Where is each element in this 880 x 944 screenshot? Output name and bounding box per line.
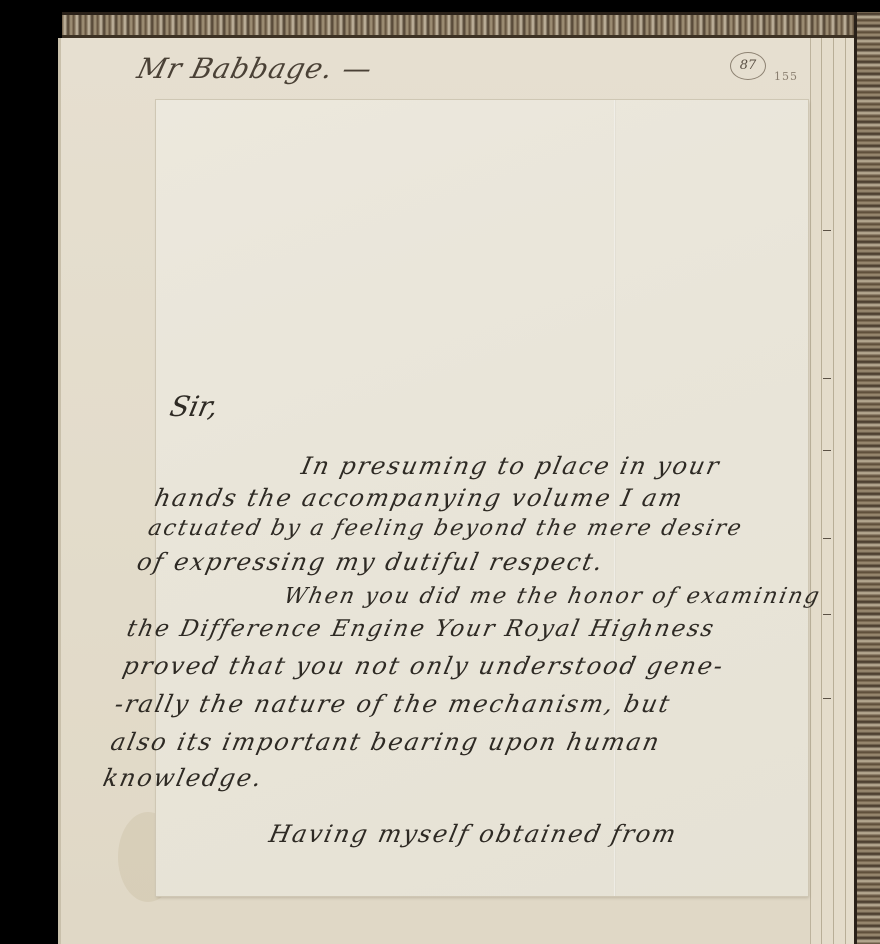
letter-line: the Difference Engine Your Royal Highnes… xyxy=(124,616,717,642)
ornamental-border-right xyxy=(854,12,880,944)
page-edge-mark xyxy=(823,378,831,379)
page-edge-mark xyxy=(823,614,831,615)
letter-line: Having myself obtained from xyxy=(267,820,681,848)
letter-line: When you did me the honor of examining xyxy=(281,584,823,609)
folio-secondary-number: 155 xyxy=(774,70,798,83)
page-edge-line xyxy=(833,38,834,944)
letter-line: -rally the nature of the mechanism, but xyxy=(112,690,673,718)
stacked-page-edges xyxy=(810,38,855,944)
letter-line: of expressing my dutiful respect. xyxy=(134,548,606,576)
letter-salutation: Sir, xyxy=(167,390,221,423)
page-edge-line xyxy=(821,38,822,944)
letter-line: also its important bearing upon human xyxy=(108,728,663,756)
page-edge-mark xyxy=(823,450,831,451)
folio-number: 87 xyxy=(730,52,766,80)
page-edge-mark xyxy=(823,538,831,539)
letter-line: proved that you not only understood gene… xyxy=(120,652,727,680)
letter-line: knowledge. xyxy=(101,764,266,792)
letter-line: In presuming to place in your xyxy=(299,452,723,480)
page-edge-mark xyxy=(823,698,831,699)
ornamental-border-top xyxy=(62,12,870,38)
letter-line: hands the accompanying volume I am xyxy=(152,484,687,512)
letter-sheet: Sir, In presuming to place in your hands… xyxy=(156,100,808,896)
album-heading-annotation: Mr Babbage. — xyxy=(134,52,376,85)
page-edge-line xyxy=(845,38,846,944)
album-frame: Mr Babbage. — 87 155 Sir, In presuming t… xyxy=(58,12,880,944)
album-page-edge xyxy=(58,38,61,944)
page-edge-mark xyxy=(823,230,831,231)
letter-line: actuated by a feeling beyond the mere de… xyxy=(146,516,745,541)
